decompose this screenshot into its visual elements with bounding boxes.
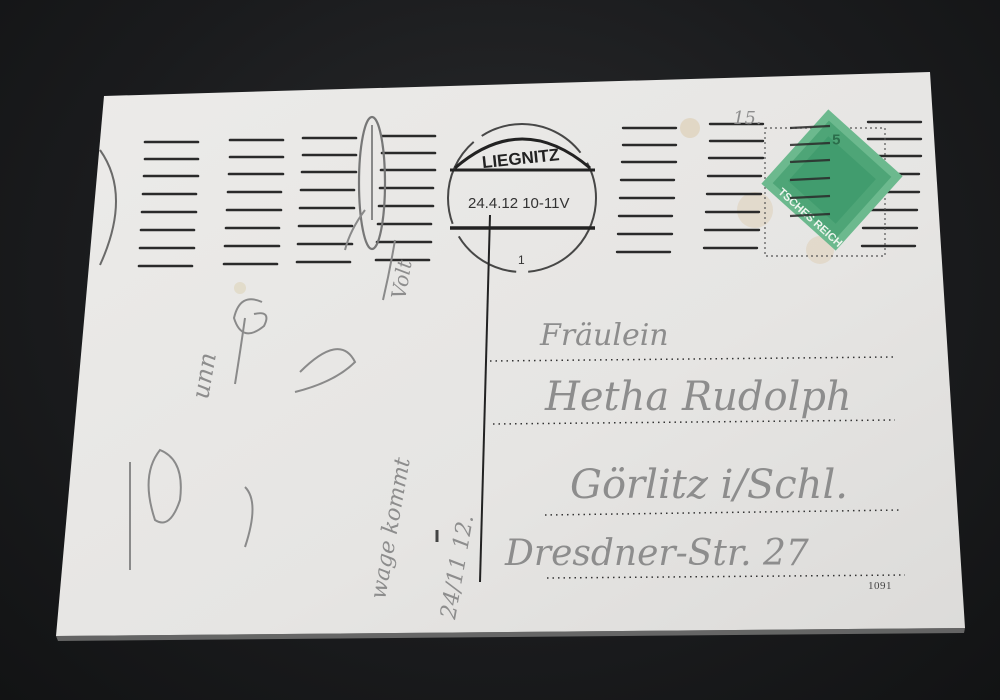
- postcard: LIEGNITZ 24.4.12 10-11V 1 5 TSCHES REICH…: [0, 0, 1000, 700]
- stamp-denomination: 5: [832, 131, 840, 148]
- pencil-mark-15: 15.: [733, 108, 762, 129]
- address-name: Hetha Rudolph: [544, 374, 852, 420]
- postmark-date: 24.4.12 10-11V: [468, 195, 569, 212]
- card-number: 1091: [868, 580, 892, 592]
- address-street: Dresdner-Str. 27: [504, 533, 809, 574]
- address-salutation: Fräulein: [539, 318, 669, 353]
- address-city: Görlitz i/Schl.: [570, 462, 848, 508]
- postmark-bottom-mark: 1: [518, 253, 525, 267]
